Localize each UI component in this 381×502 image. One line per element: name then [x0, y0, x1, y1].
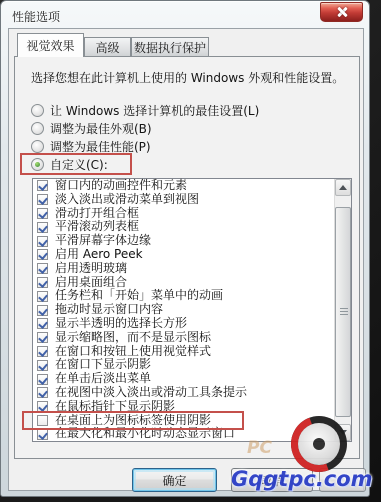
checkbox-icon[interactable]	[37, 180, 48, 191]
effect-list-item[interactable]: 拖动时显示窗口内容	[33, 303, 334, 317]
effect-label: 在视图中淡入淡出或滑动工具条提示	[55, 386, 247, 400]
dialog-body: 视觉效果 高级 数据执行保护 选择您想在此计算机上使用的 Windows 外观和…	[8, 28, 364, 491]
scroll-up-button[interactable]	[335, 179, 351, 196]
highlight-box	[22, 411, 244, 430]
checkbox-icon[interactable]	[37, 387, 48, 398]
effect-label: 平滑屏幕字体边缘	[55, 234, 151, 248]
checkbox-icon[interactable]	[37, 360, 48, 371]
effect-label: 淡入淡出或滑动菜单到视图	[55, 193, 199, 207]
radio-option[interactable]: 让 Windows 选择计算机的最佳设置(L)	[29, 101, 341, 119]
effect-label: 在单击后淡出菜单	[55, 372, 151, 386]
checkbox-icon[interactable]	[37, 249, 48, 260]
ok-button[interactable]: 确定	[132, 468, 217, 492]
checkbox-icon[interactable]	[37, 332, 48, 343]
radio-option[interactable]: 自定义(C):	[29, 155, 341, 173]
effect-list-item[interactable]: 显示缩略图，而不是显示图标	[33, 331, 334, 345]
checkbox-icon[interactable]	[37, 429, 48, 440]
tab-label: 高级	[95, 39, 119, 56]
effect-label: 启用 Aero Peek	[55, 248, 143, 262]
effects-listbox: 窗口内的动画控件和元素 淡入淡出或滑动菜单到视图 滑动打开组合框 平滑滚动列表框…	[32, 178, 352, 442]
checkbox-icon[interactable]	[37, 318, 48, 329]
effect-list-item[interactable]: 在单击后淡出菜单	[33, 372, 334, 386]
tab-advanced[interactable]: 高级	[84, 37, 131, 57]
radio-label: 自定义(C):	[50, 156, 108, 173]
description-text: 选择您想在此计算机上使用的 Windows 外观和性能设置。	[31, 69, 353, 86]
scroll-down-button[interactable]	[335, 424, 351, 441]
close-x-icon	[336, 6, 348, 18]
checkbox-icon[interactable]	[37, 236, 48, 247]
tab-label: 视觉效果	[26, 37, 74, 54]
radio-icon[interactable]	[31, 140, 44, 153]
radio-option[interactable]: 调整为最佳外观(B)	[29, 119, 341, 137]
effect-label: 启用透明玻璃	[55, 262, 127, 276]
effect-list-item[interactable]: 平滑屏幕字体边缘	[33, 234, 334, 248]
radio-icon[interactable]	[31, 104, 44, 117]
effect-label: 窗口内的动画控件和元素	[55, 179, 187, 193]
radio-group: 让 Windows 选择计算机的最佳设置(L) 调整为最佳外观(B) 调整为最佳…	[29, 101, 341, 173]
effect-list-item[interactable]: 在桌面上为图标标签使用阴影	[33, 414, 334, 428]
checkbox-icon[interactable]	[37, 263, 48, 274]
effect-list-item[interactable]: 窗口内的动画控件和元素	[33, 179, 334, 193]
window-title: 性能选项	[12, 8, 60, 25]
tab-label: 数据执行保护	[134, 39, 206, 56]
effect-list-item[interactable]: 淡入淡出或滑动菜单到视图	[33, 193, 334, 207]
screenshot-background: 性能选项 视觉效果 高级 数据执行保护 选择您想在此计算机上使用的 Window…	[0, 0, 381, 502]
scrollbar[interactable]	[334, 179, 351, 441]
effect-list-item[interactable]: 显示半透明的选择长方形	[33, 317, 334, 331]
effect-list-item[interactable]: 启用 Aero Peek	[33, 248, 334, 262]
triangle-down-icon	[339, 430, 347, 435]
cancel-button[interactable]: 取消	[231, 468, 313, 492]
performance-options-dialog: 性能选项 视觉效果 高级 数据执行保护 选择您想在此计算机上使用的 Window…	[0, 0, 370, 497]
effect-label: 显示半透明的选择长方形	[55, 317, 187, 331]
checkbox-icon[interactable]	[37, 346, 48, 357]
ok-button-label: 确定	[162, 472, 186, 489]
checkbox-icon[interactable]	[37, 277, 48, 288]
radio-label: 调整为最佳性能(P)	[50, 138, 151, 155]
checkbox-icon[interactable]	[37, 374, 48, 385]
cancel-button-label: 取消	[260, 472, 284, 489]
effect-list-item[interactable]: 启用透明玻璃	[33, 262, 334, 276]
effect-list-item[interactable]: 在视图中淡入淡出或滑动工具条提示	[33, 386, 334, 400]
apply-button[interactable]	[319, 468, 366, 492]
close-button[interactable]	[320, 2, 363, 22]
radio-label: 让 Windows 选择计算机的最佳设置(L)	[50, 102, 259, 119]
tab-visual-effects[interactable]: 视觉效果	[17, 33, 84, 57]
effect-label: 显示缩略图，而不是显示图标	[55, 331, 211, 345]
checkbox-icon[interactable]	[37, 291, 48, 302]
tab-data-execution-prevention[interactable]: 数据执行保护	[131, 37, 209, 57]
scrollbar-thumb[interactable]	[335, 207, 351, 417]
triangle-up-icon	[339, 185, 347, 190]
radio-icon[interactable]	[31, 122, 44, 135]
radio-label: 调整为最佳外观(B)	[50, 120, 152, 137]
checkbox-icon[interactable]	[37, 194, 48, 205]
checkbox-icon[interactable]	[37, 305, 48, 316]
effects-rows: 窗口内的动画控件和元素 淡入淡出或滑动菜单到视图 滑动打开组合框 平滑滚动列表框…	[33, 179, 334, 441]
checkbox-icon[interactable]	[37, 208, 48, 219]
effect-label: 拖动时显示窗口内容	[55, 303, 163, 317]
checkbox-icon[interactable]	[37, 222, 48, 233]
radio-icon[interactable]	[31, 158, 44, 171]
visual-effects-tab-panel: 选择您想在此计算机上使用的 Windows 外观和性能设置。 让 Windows…	[14, 56, 360, 459]
scrollbar-grip-icon	[340, 308, 348, 316]
